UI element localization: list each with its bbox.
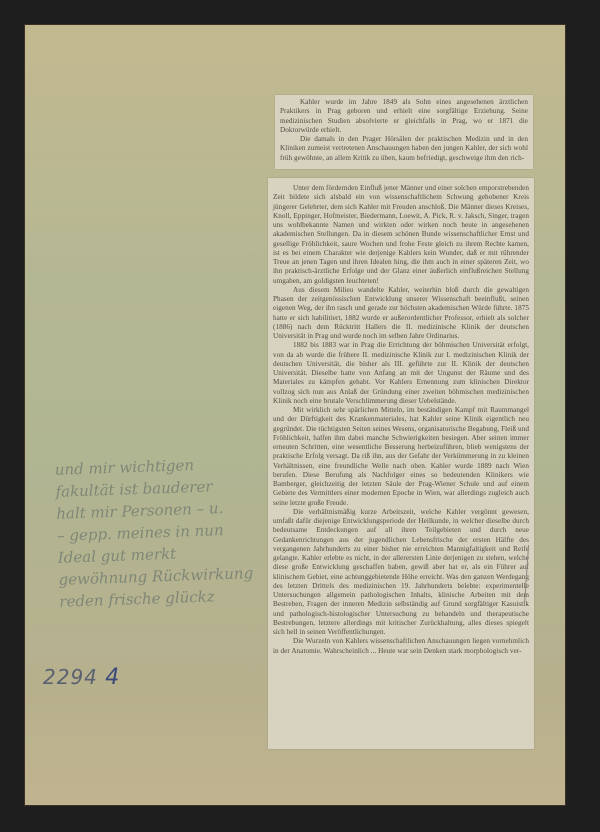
clipping-2-paragraph-3: 1882 bis 1883 war in Prag die Errichtung… xyxy=(268,341,534,406)
clipping-2-paragraph-6: Die Wurzeln von Kahlers wissenschaftlich… xyxy=(268,637,534,656)
newspaper-clipping-1: Kahler wurde im Jahre 1849 als Sohn eine… xyxy=(275,95,533,169)
clipping-2-paragraph-4: Mit wirklich sehr spärlichen Mitteln, im… xyxy=(268,406,534,508)
handwritten-note: und mir wichtigen fakultät ist bauderer … xyxy=(54,451,279,613)
clipping-1-paragraph-2: Die damals in den Prager Hörsälen der pr… xyxy=(275,135,533,163)
clipping-2-paragraph-5: Die verhältnismäßig kurze Arbeitszeit, w… xyxy=(268,508,534,638)
archive-number-suffix: 4 xyxy=(105,665,120,690)
clipping-2-paragraph-1: Unter dem fördernden Einfluß jener Männe… xyxy=(268,178,534,286)
archive-number: 2294 4 xyxy=(43,665,120,690)
archive-number-main: 2294 xyxy=(43,665,98,689)
clipping-2-paragraph-2: Aus diesem Milieu wandelte Kahler, weite… xyxy=(268,286,534,342)
archive-sheet: Kahler wurde im Jahre 1849 als Sohn eine… xyxy=(25,25,565,805)
newspaper-clipping-2: Unter dem fördernden Einfluß jener Männe… xyxy=(268,178,534,749)
clipping-1-paragraph-1: Kahler wurde im Jahre 1849 als Sohn eine… xyxy=(275,95,533,135)
